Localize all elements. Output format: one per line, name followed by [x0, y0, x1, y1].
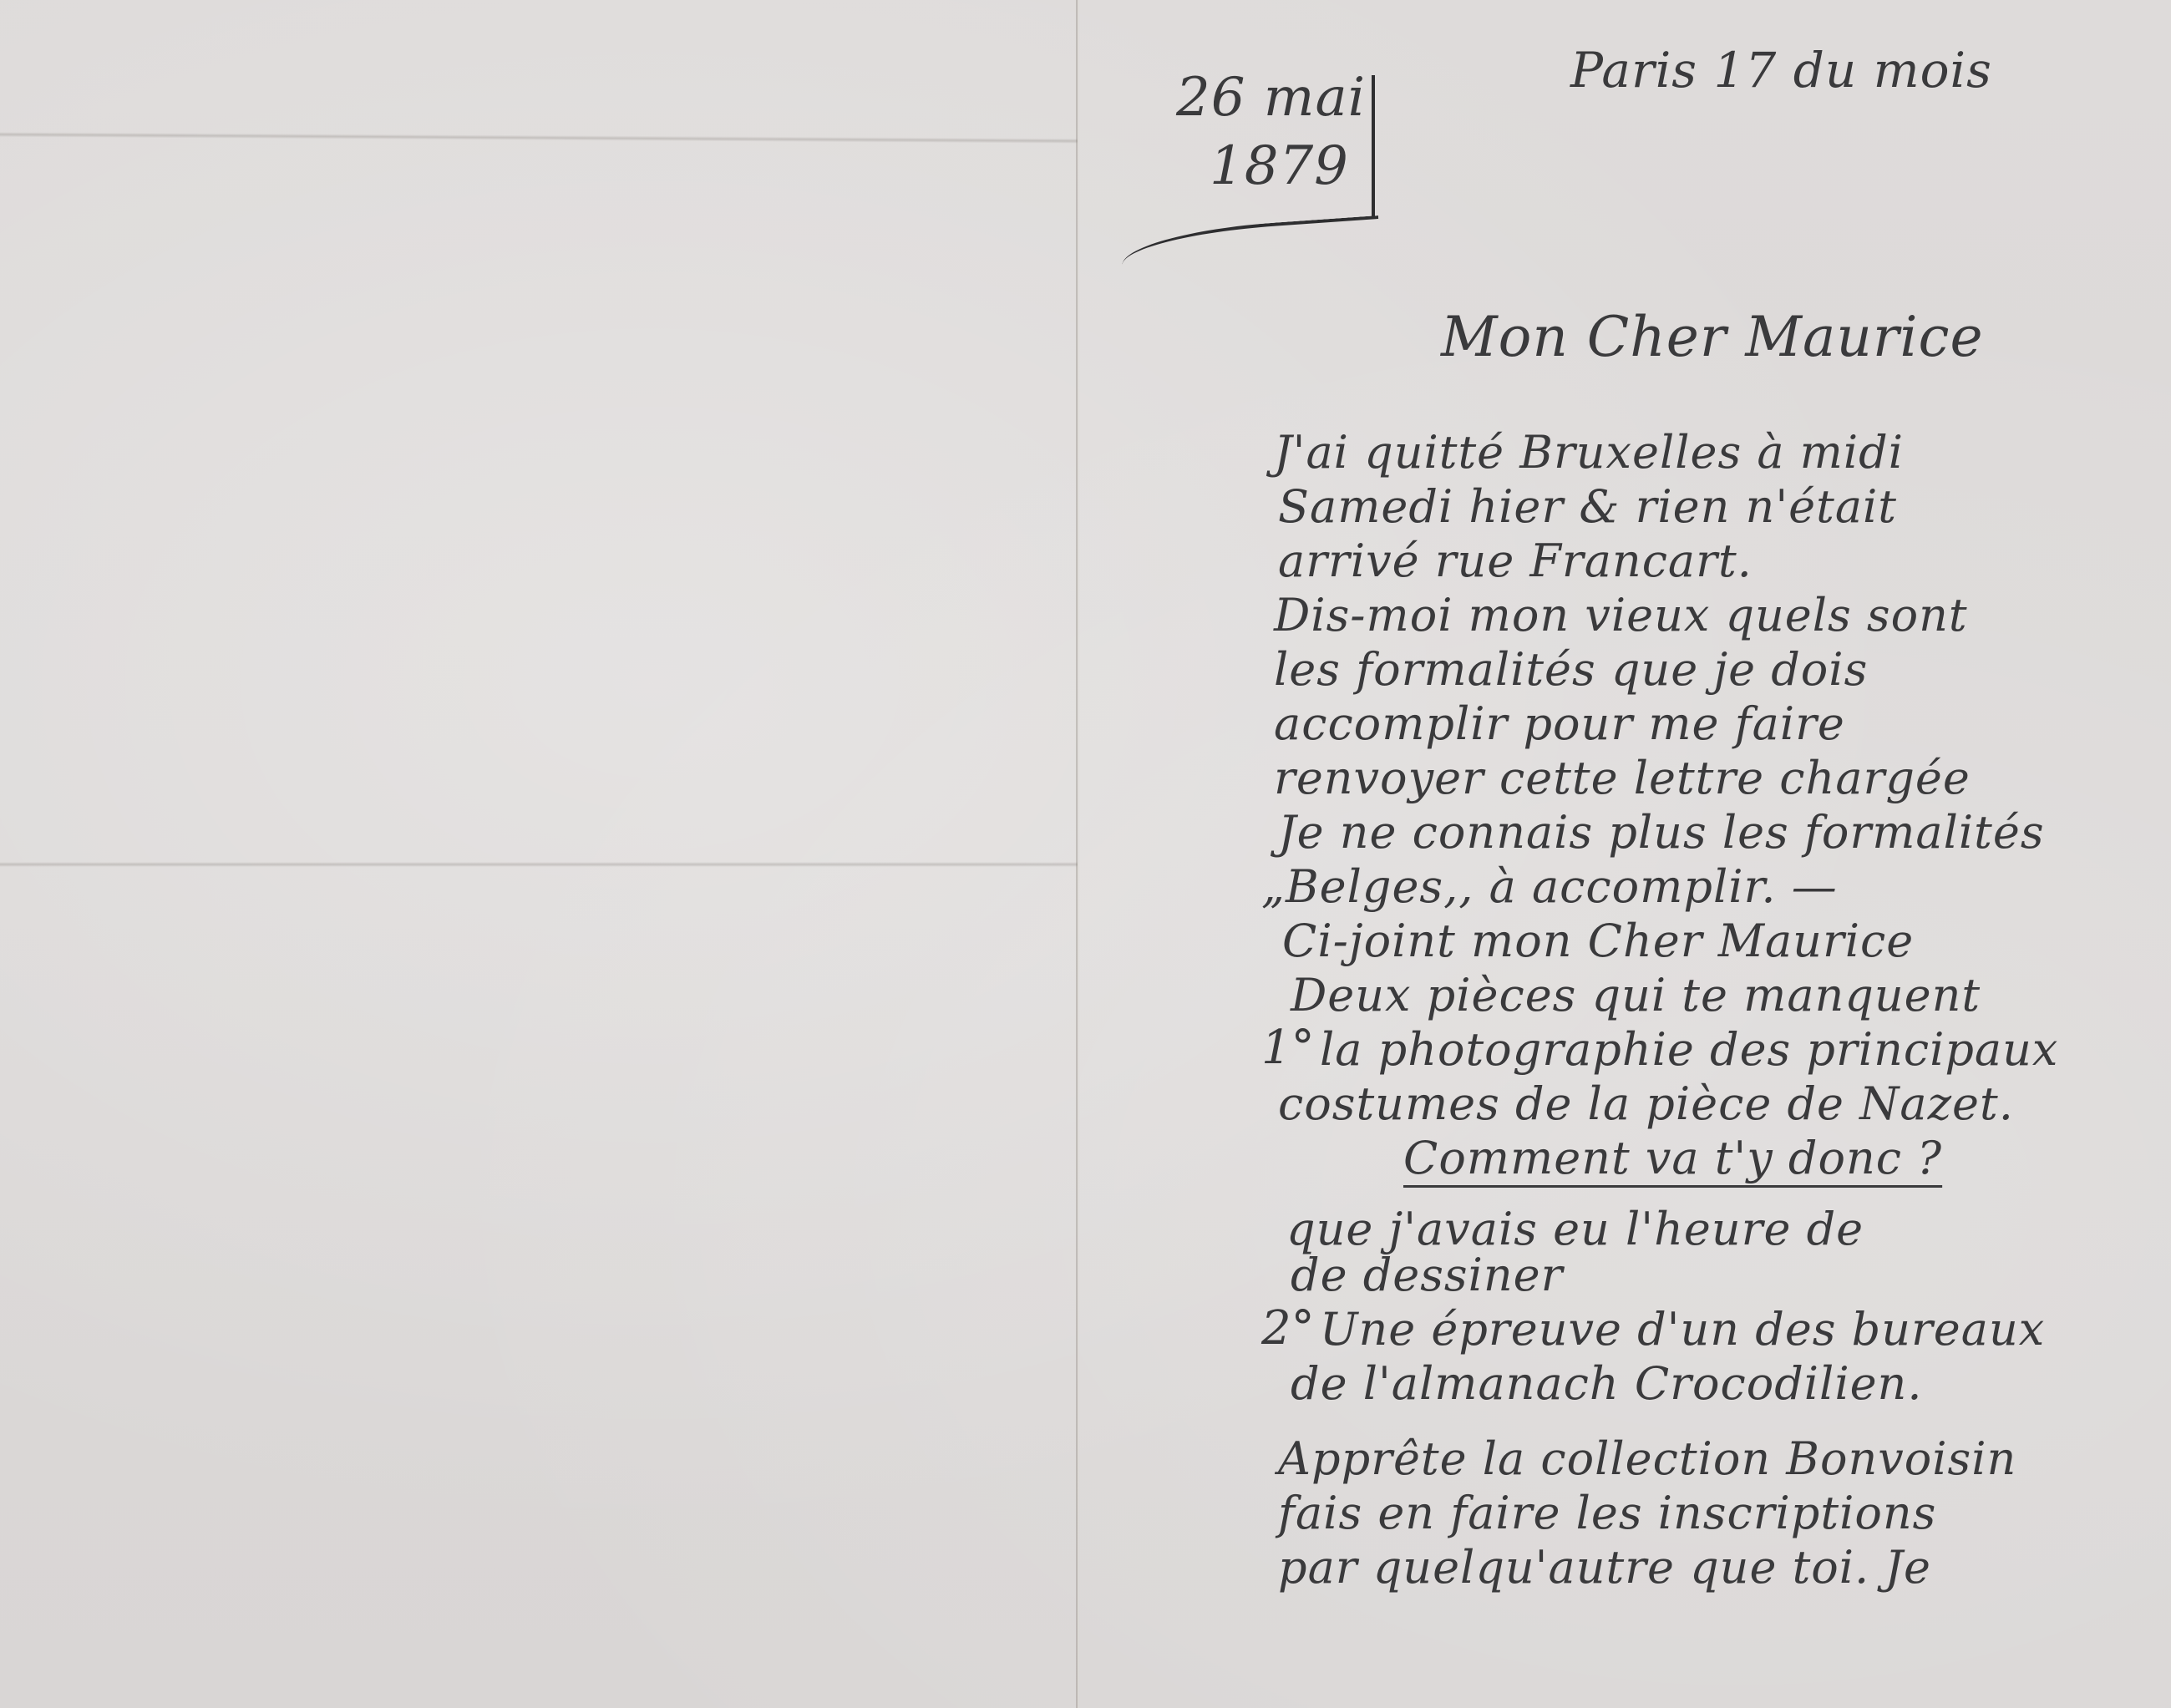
letter-line: costumes de la pièce de Nazet.: [1278, 1077, 2014, 1130]
letter-line: Dis-moi mon vieux quels sont: [1274, 589, 1968, 641]
letter-line: la photographie des principaux: [1320, 1023, 2058, 1076]
letter-line: par quelqu'autre que toi. Je: [1278, 1541, 1931, 1594]
letter-line: Apprête la collection Bonvoisin: [1278, 1432, 2016, 1485]
letter-line: Deux pièces qui te manquent: [1291, 969, 1981, 1021]
letter-line: renvoyer cette lettre chargée: [1274, 752, 1971, 804]
date-bracket-vertical: [1372, 75, 1375, 219]
letter-line: J'ai quitté Bruxelles à midi: [1274, 426, 1904, 479]
letter-line: accomplir pour me faire: [1274, 697, 1845, 750]
letter-line: Une épreuve d'un des bureaux: [1320, 1303, 2045, 1356]
letter-line: fais en faire les inscriptions: [1278, 1487, 1936, 1539]
letter-line: Ci-joint mon Cher Maurice: [1282, 915, 1914, 967]
archival-date-annotation: 26 mai 1879: [1153, 67, 1378, 217]
archival-date-day-month: 26 mai: [1176, 67, 1366, 129]
letter-line: „Belges,, à accomplir. —: [1261, 860, 1838, 913]
letter-line: de l'almanach Crocodilien.: [1291, 1357, 1923, 1410]
left-page-blank: [0, 0, 1078, 1708]
letter-line: de dessiner: [1291, 1249, 1563, 1301]
letter-heading-place-date: Paris 17 du mois: [1570, 42, 1992, 99]
letter-line: arrivé rue Francart.: [1278, 535, 1753, 587]
letter-line: que j'avais eu l'heure de: [1286, 1203, 1864, 1255]
letter-salutation: Mon Cher Maurice: [1441, 305, 1984, 369]
letter-line: Je ne connais plus les formalités: [1278, 806, 2045, 859]
letter-line-underlined: Comment va t'y donc ?: [1403, 1132, 1942, 1184]
letter-line: les formalités que je dois: [1274, 643, 1868, 696]
item-number-1: 1°: [1261, 1021, 1315, 1075]
letter-sheet: 26 mai 1879 Paris 17 du mois Mon Cher Ma…: [0, 0, 2171, 1708]
paper-fold-crease-middle: [0, 862, 1078, 867]
item-number-2: 2°: [1261, 1301, 1315, 1356]
archival-date-year: 1879: [1210, 135, 1349, 197]
letter-line: Samedi hier & rien n'était: [1278, 480, 1897, 533]
